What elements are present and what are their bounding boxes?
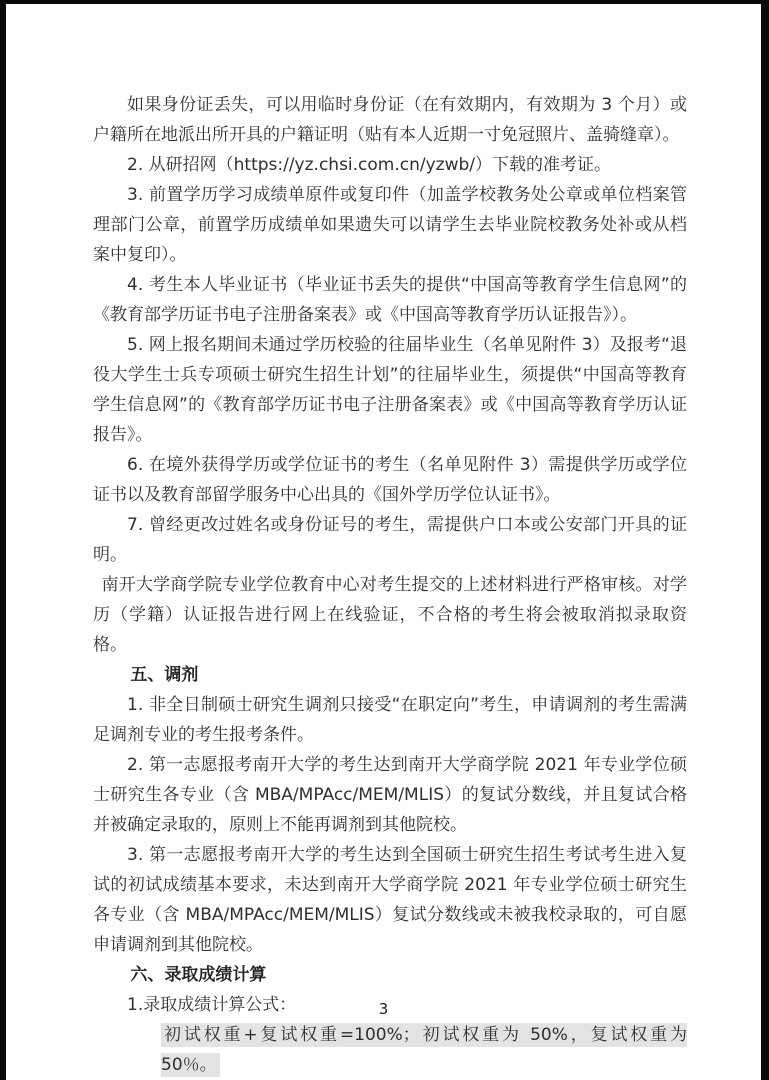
section-heading: 五、调剂	[93, 660, 687, 690]
document-page: 如果身份证丢失，可以用临时身份证（在有效期内，有效期为 3 个月）或户籍所在地派…	[0, 0, 769, 1080]
page-number: 3	[6, 1000, 761, 1018]
paragraph: 4. 考生本人毕业证书（毕业证书丢失的提供“中国高等教育学生信息网”的《教育部学…	[93, 270, 687, 330]
paragraph: 2. 第一志愿报考南开大学的考生达到南开大学商学院 2021 年专业学位硕士研究…	[93, 750, 687, 840]
paragraph: 如果身份证丢失，可以用临时身份证（在有效期内，有效期为 3 个月）或户籍所在地派…	[93, 90, 687, 150]
paragraph: 1. 非全日制硕士研究生调剂只接受“在职定向”考生，申请调剂的考生需满足调剂专业…	[93, 690, 687, 750]
paragraph: 3. 前置学历学习成绩单原件或复印件（加盖学校教务处公章或单位档案管理部门公章，…	[93, 180, 687, 270]
section-heading: 六、录取成绩计算	[93, 960, 687, 990]
paragraph: 2. 从研招网（https://yz.chsi.com.cn/yzwb/）下载的…	[93, 150, 687, 180]
paragraph: 6. 在境外获得学历或学位证书的考生（名单见附件 3）需提供学历或学位证书以及教…	[93, 450, 687, 510]
paragraph: 南开大学商学院专业学位教育中心对考生提交的上述材料进行严格审核。对学历（学籍）认…	[93, 570, 687, 660]
paragraph: 3. 第一志愿报考南开大学的考生达到全国硕士研究生招生考试考生进入复试的初试成绩…	[93, 840, 687, 960]
document-body: 如果身份证丢失，可以用临时身份证（在有效期内，有效期为 3 个月）或户籍所在地派…	[93, 90, 687, 1080]
paragraph: 5. 网上报名期间未通过学历校验的往届毕业生（名单见附件 3）及报考“退役大学生…	[93, 330, 687, 450]
highlighted-formula-text: 初试权重+复试权重=100%；初试权重为 50%，复试权重为 50％。	[161, 1023, 687, 1077]
paragraph: 7. 曾经更改过姓名或身份证号的考生，需提供户口本或公安部门开具的证明。	[93, 510, 687, 570]
formula-line: 初试权重+复试权重=100%；初试权重为 50%，复试权重为 50％。	[93, 1020, 687, 1080]
